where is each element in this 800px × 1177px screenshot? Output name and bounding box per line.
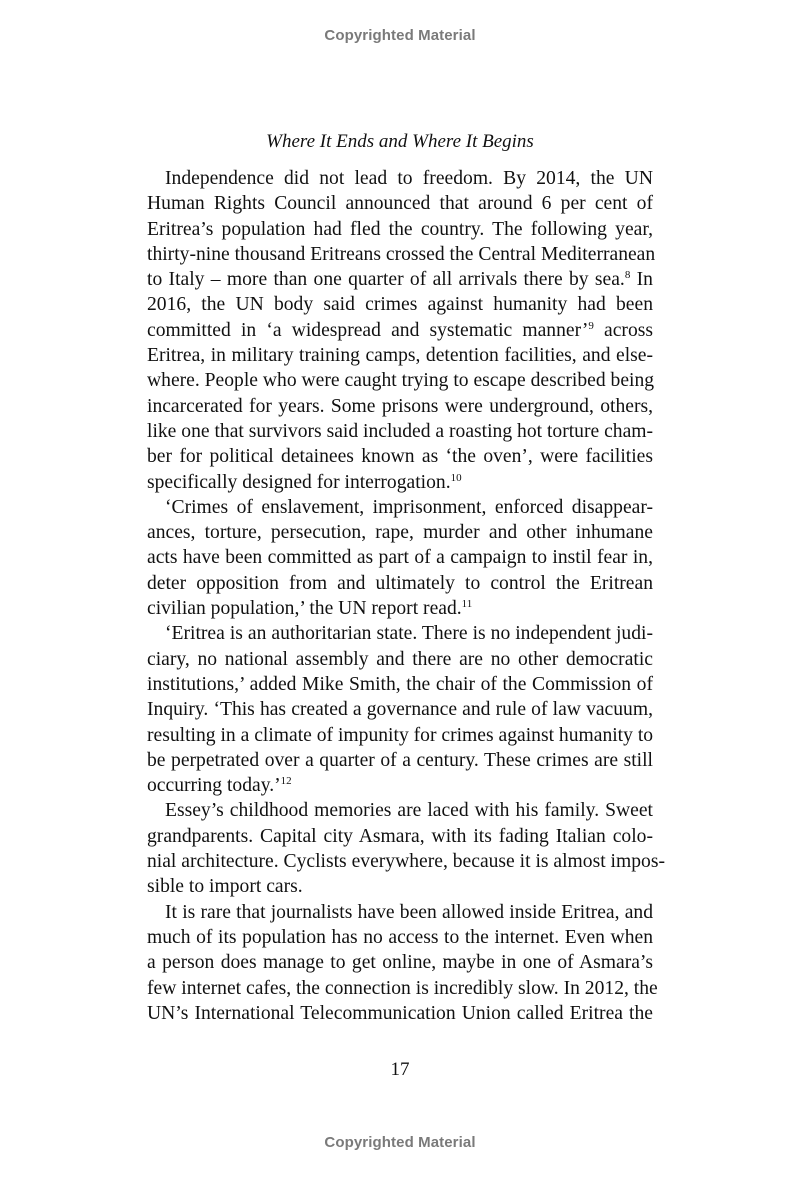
text-line: Inquiry. ‘This has created a governance … [147, 697, 653, 722]
text-line: ber for political detainees known as ‘th… [147, 444, 653, 469]
text-line: like one that survivors said included a … [147, 419, 653, 444]
text-line: Essey’s childhood memories are laced wit… [147, 798, 653, 823]
text-line: ‘Crimes of enslavement, imprisonment, en… [147, 495, 653, 520]
text-line: to Italy – more than one quarter of all … [147, 267, 653, 292]
text-line: ‘Eritrea is an authoritarian state. Ther… [147, 621, 653, 646]
text-line: be perpetrated over a quarter of a centu… [147, 748, 653, 773]
text-line: a person does manage to get online, mayb… [147, 950, 653, 975]
text-line: thirty-nine thousand Eritreans crossed t… [147, 242, 653, 267]
text-line: few internet cafes, the connection is in… [147, 976, 653, 1001]
text-line: Eritrea’s population had fled the countr… [147, 217, 653, 242]
text-line: sible to import cars. [147, 874, 653, 899]
body-text: Independence did not lead to freedom. By… [147, 166, 653, 1026]
page-number: 17 [0, 1059, 800, 1081]
text-line: Human Rights Council announced that arou… [147, 191, 653, 216]
text-line: UN’s International Telecommunication Uni… [147, 1001, 653, 1026]
paragraph: ‘Crimes of enslavement, imprisonment, en… [147, 495, 653, 621]
text-line: civilian population,’ the UN report read… [147, 596, 653, 621]
running-head: Where It Ends and Where It Begins [0, 131, 800, 153]
copyright-watermark-bottom: Copyrighted Material [0, 1134, 800, 1151]
text-line: It is rare that journalists have been al… [147, 900, 653, 925]
text-line: deter opposition from and ultimately to … [147, 571, 653, 596]
text-line: nial architecture. Cyclists everywhere, … [147, 849, 653, 874]
footnote-marker: 10 [451, 472, 462, 484]
paragraph: Essey’s childhood memories are laced wit… [147, 798, 653, 899]
text-line: institutions,’ added Mike Smith, the cha… [147, 672, 653, 697]
text-line: 2016, the UN body said crimes against hu… [147, 292, 653, 317]
text-line: much of its population has no access to … [147, 925, 653, 950]
text-line: resulting in a climate of impunity for c… [147, 723, 653, 748]
text-line: ciary, no national assembly and there ar… [147, 647, 653, 672]
footnote-marker: 12 [281, 775, 292, 787]
footnote-marker: 11 [462, 598, 473, 610]
text-line: grandparents. Capital city Asmara, with … [147, 824, 653, 849]
copyright-watermark-top: Copyrighted Material [0, 27, 800, 44]
paragraph: It is rare that journalists have been al… [147, 900, 653, 1026]
text-line: where. People who were caught trying to … [147, 368, 653, 393]
text-line: acts have been committed as part of a ca… [147, 545, 653, 570]
text-line: incarcerated for years. Some prisons wer… [147, 394, 653, 419]
text-line: Independence did not lead to freedom. By… [147, 166, 653, 191]
text-line: occurring today.’12 [147, 773, 653, 798]
text-line: specifically designed for interrogation.… [147, 470, 653, 495]
paragraph: ‘Eritrea is an authoritarian state. Ther… [147, 621, 653, 798]
text-line: ances, torture, persecution, rape, murde… [147, 520, 653, 545]
text-line: Eritrea, in military training camps, det… [147, 343, 653, 368]
paragraph: Independence did not lead to freedom. By… [147, 166, 653, 495]
text-line: committed in ‘a widespread and systemati… [147, 318, 653, 343]
